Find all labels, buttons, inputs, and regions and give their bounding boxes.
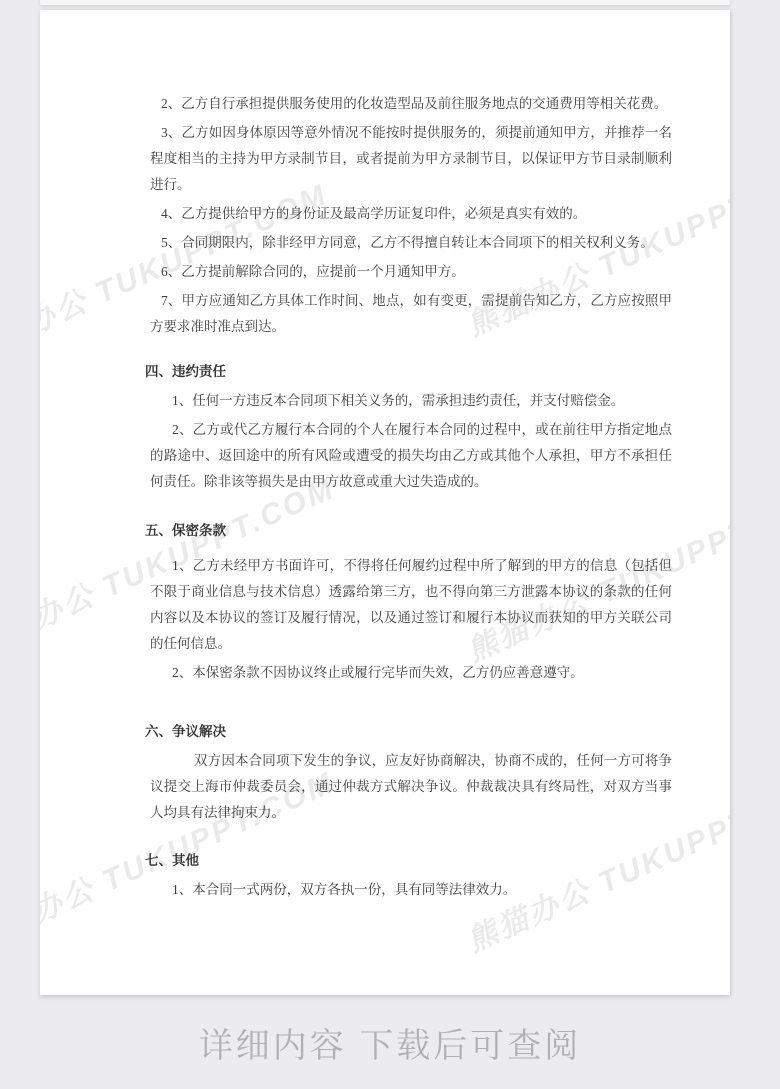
contract-paragraph: 2、乙方自行承担提供服务使用的化妆造型品及前往服务地点的交通费用等相关花费。 [150, 91, 672, 117]
document-page: 熊猫办公 TUKUPPT.COM 熊猫办公 TUKUPPT.COM 熊猫办公 T… [40, 10, 730, 995]
section-heading: 六、争议解决 [145, 719, 672, 745]
contract-paragraph: 2、本保密条款不因协议终止或履行完毕而失效，乙方仍应善意遵守。 [150, 660, 672, 686]
contract-paragraph: 6、乙方提前解除合同的，应提前一个月通知甲方。 [150, 259, 672, 285]
contract-paragraph: 1、乙方未经甲方书面许可，不得将任何履约过程中所了解到的甲方的信息（包括但不限于… [150, 553, 672, 657]
section-heading: 七、其他 [145, 848, 672, 874]
contract-paragraph: 4、乙方提供给甲方的身份证及最高学历证复印件，必须是真实有效的。 [150, 201, 672, 227]
previous-page-bottom-edge [40, 0, 730, 5]
contract-paragraph: 7、甲方应通知乙方具体工作时间、地点，如有变更，需提前告知乙方，乙方应按照甲方要… [150, 288, 672, 340]
section-confidentiality: 五、保密条款 1、乙方未经甲方书面许可，不得将任何履约过程中所了解到的甲方的信息… [145, 518, 672, 686]
contract-paragraph: 1、任何一方违反本合同项下相关义务的，需承担违约责任，并支付赔偿金。 [150, 388, 672, 414]
contract-paragraph: 2、乙方或代乙方履行本合同的个人在履行本合同的过程中，或在前往甲方指定地点的路途… [150, 417, 672, 495]
section-heading: 四、违约责任 [145, 359, 672, 385]
contract-paragraph: 5、合同期限内，除非经甲方同意，乙方不得擅自转让本合同项下的相关权利义务。 [150, 230, 672, 256]
section-breach-liability: 四、违约责任 1、任何一方违反本合同项下相关义务的，需承担违约责任，并支付赔偿金… [145, 359, 672, 495]
page-background: 熊猫办公 TUKUPPT.COM 熊猫办公 TUKUPPT.COM 熊猫办公 T… [0, 0, 780, 1089]
contract-paragraph: 双方因本合同项下发生的争议，应友好协商解决，协商不成的，任何一方可将争议提交上海… [150, 748, 672, 826]
section-heading: 五、保密条款 [145, 518, 672, 544]
footer-caption: 详细内容 下载后可查阅 [0, 1018, 780, 1067]
contract-paragraph: 3、乙方如因身体原因等意外情况不能按时提供服务的，须提前通知甲方，并推荐一名程度… [150, 120, 672, 198]
section-dispute-resolution: 六、争议解决 双方因本合同项下发生的争议，应友好协商解决，协商不成的，任何一方可… [145, 719, 672, 826]
contract-paragraph: 1、本合同一式两份，双方各执一份，具有同等法律效力。 [150, 877, 672, 903]
contract-body: 2、乙方自行承担提供服务使用的化妆造型品及前往服务地点的交通费用等相关花费。 3… [40, 10, 730, 906]
section-obligations: 2、乙方自行承担提供服务使用的化妆造型品及前往服务地点的交通费用等相关花费。 3… [145, 91, 672, 340]
section-miscellaneous: 七、其他 1、本合同一式两份，双方各执一份，具有同等法律效力。 [145, 848, 672, 903]
